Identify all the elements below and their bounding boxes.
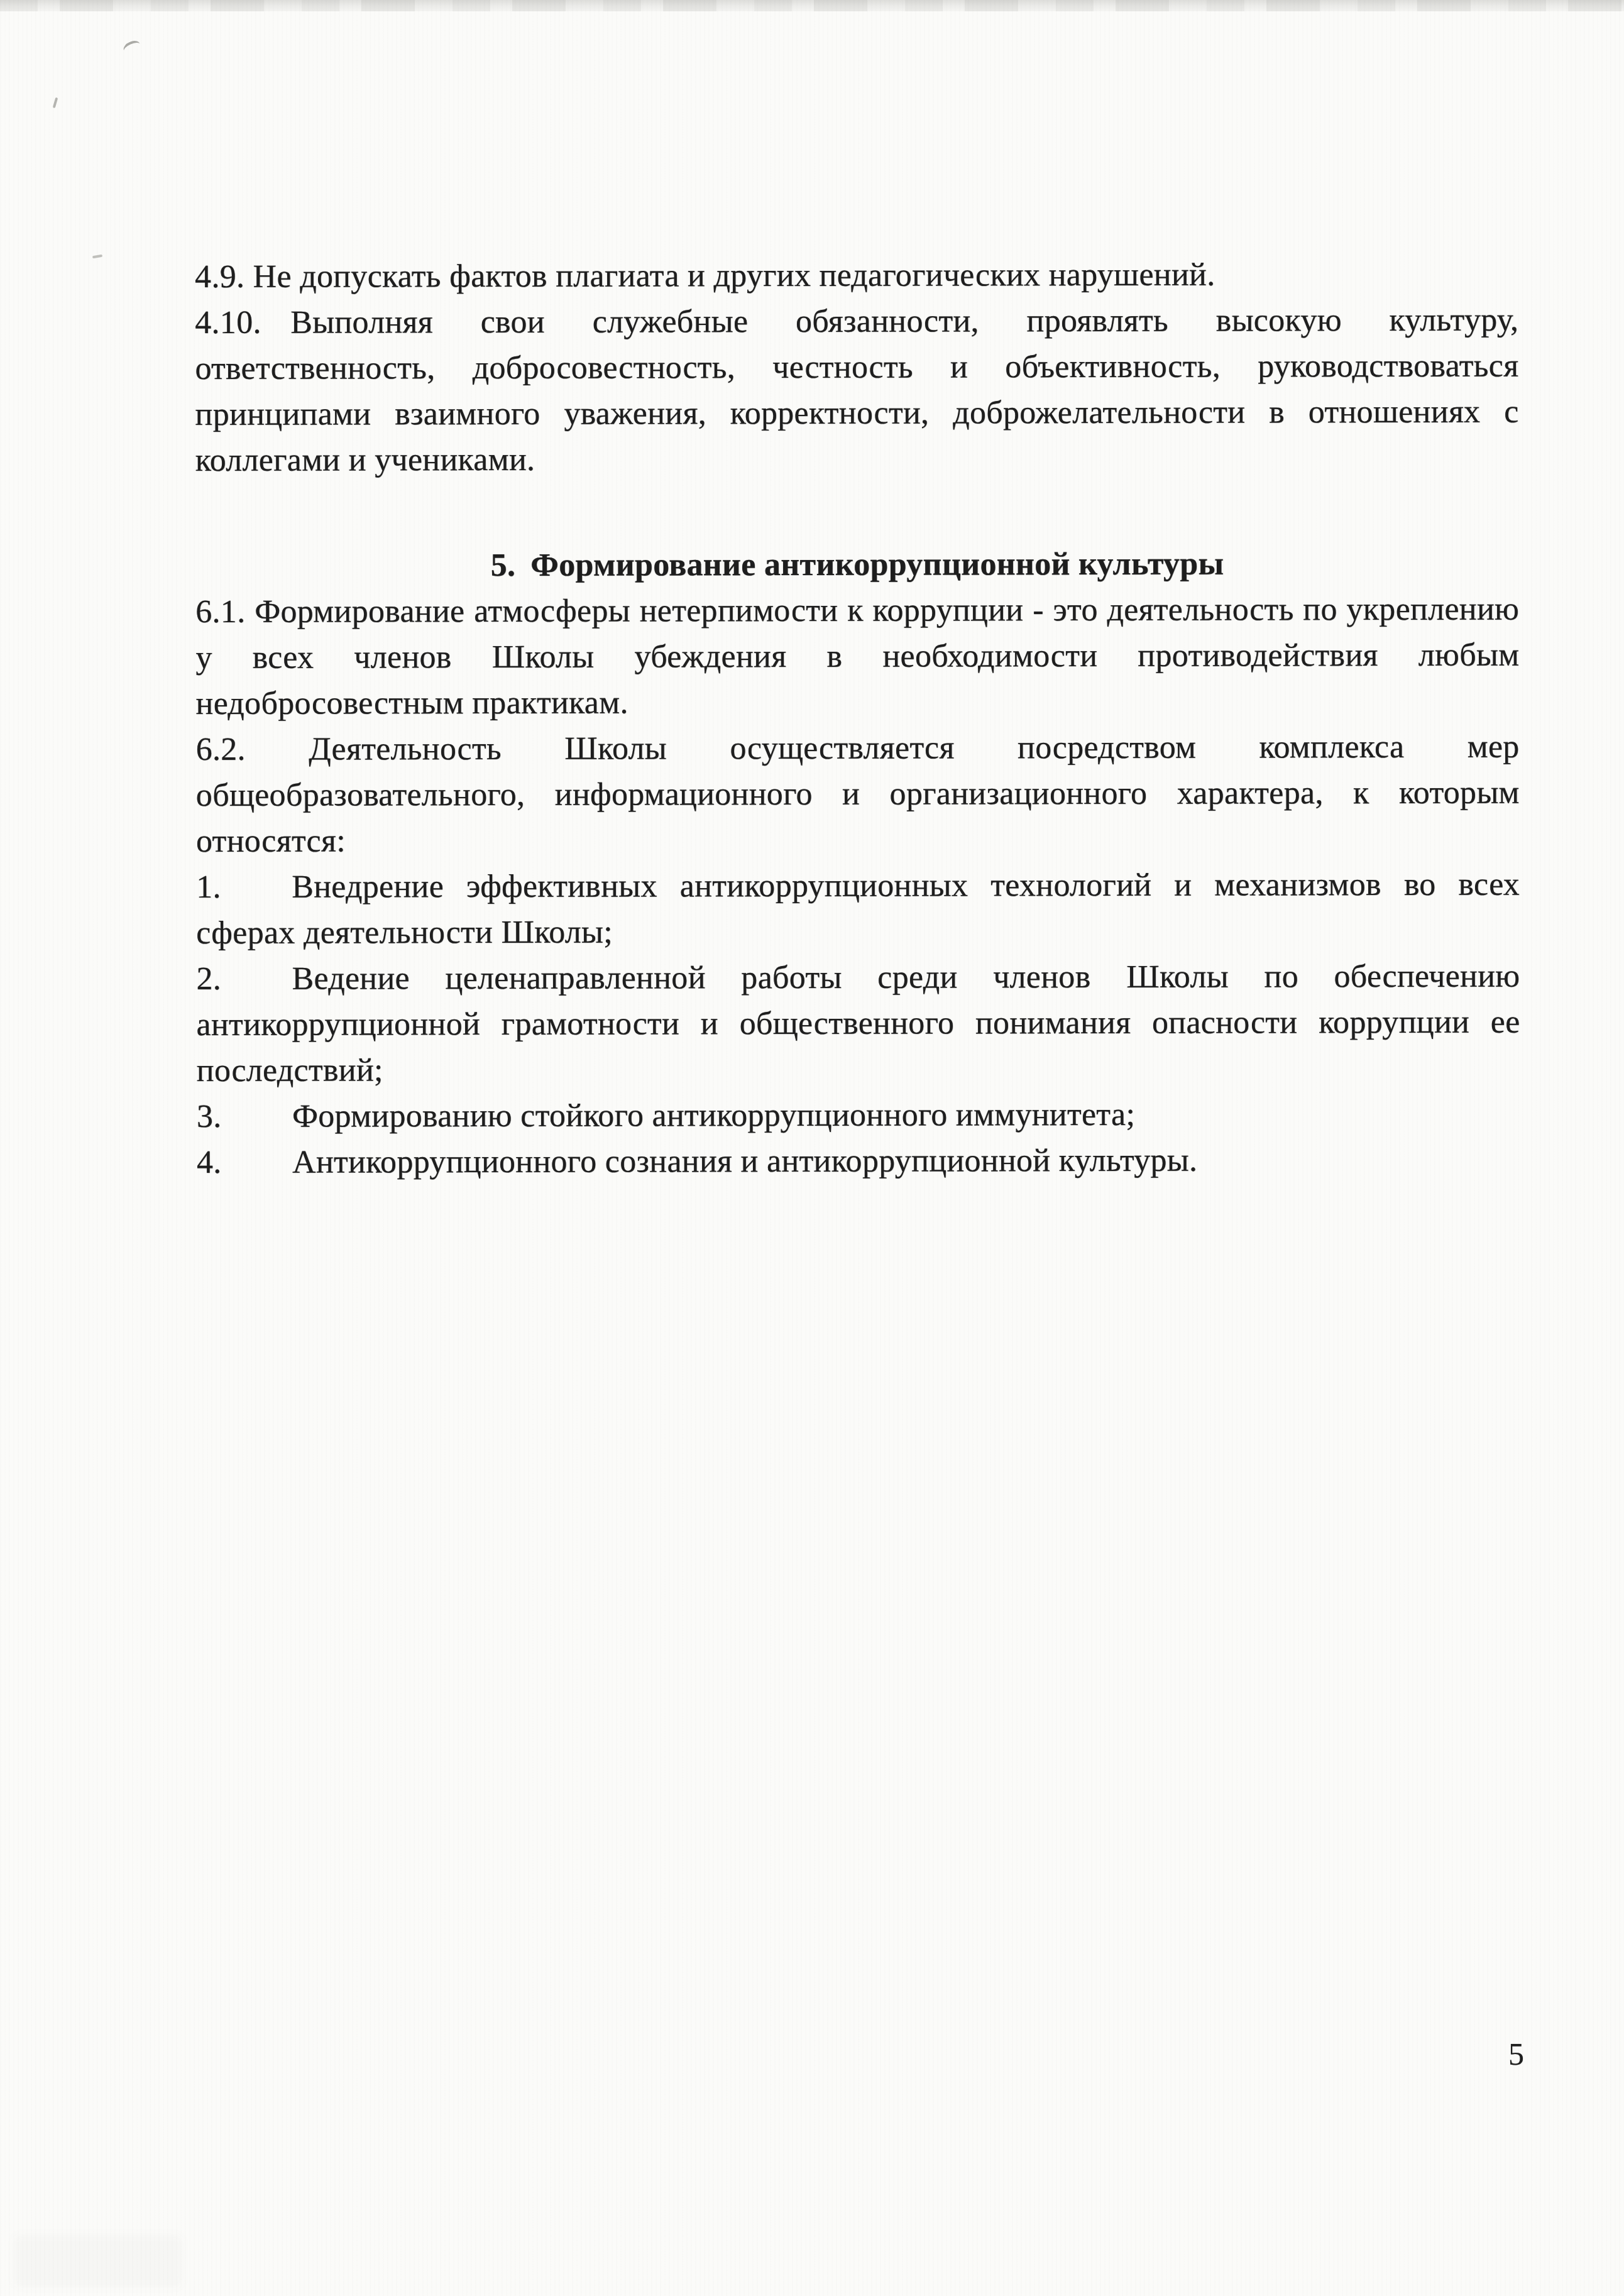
page-number: 5 (1508, 2031, 1559, 2077)
list-item-number: 1. (196, 864, 292, 910)
document-content: 4.9. Не допускать фактов плагиата и друг… (195, 251, 1520, 1185)
list-item-number: 2. (196, 956, 292, 1002)
clause-number: 4.10. (195, 300, 290, 346)
section-title: Формирование антикоррупционной культуры (530, 546, 1224, 583)
list-item-3: 3.Формированию стойкого антикоррупционно… (197, 1091, 1520, 1140)
list-item-2: 2.Ведение целенаправленной работы среди … (196, 953, 1520, 1094)
list-item-text: Ведение целенаправленной работы среди чл… (197, 958, 1520, 1089)
paragraph-4-10: 4.10.Выполняя свои служебные обязанности… (195, 297, 1519, 483)
paragraph-6-2: 6.2. Деятельность Школы осуществляется п… (196, 724, 1520, 864)
pencil-mark (92, 255, 102, 258)
document-page: 4.9. Не допускать фактов плагиата и друг… (0, 0, 1624, 2296)
section-heading: 5.Формирование антикоррупционной культур… (195, 541, 1519, 589)
list-item-1: 1.Внедрение эффективных антикоррупционны… (196, 862, 1520, 956)
scan-edge-artifact (0, 0, 1624, 11)
paragraph-4-9: 4.9. Не допускать фактов плагиата и друг… (195, 251, 1518, 300)
paragraph-6-1: 6.1. Формирование атмосферы нетерпимости… (195, 586, 1519, 727)
clause-text: Выполняя свои служебные обязанности, про… (195, 302, 1518, 478)
pencil-mark (121, 38, 142, 57)
list-item-text: Антикоррупционного сознания и антикорруп… (292, 1143, 1197, 1180)
list-item-text: Внедрение эффективных антикоррупционных … (196, 867, 1520, 951)
section-number: 5. (491, 547, 516, 583)
list-item-text: Формированию стойкого антикоррупционного… (292, 1097, 1135, 1134)
pencil-mark (53, 97, 58, 108)
list-item-4: 4.Антикоррупционного сознания и антикорр… (197, 1137, 1520, 1185)
list-item-number: 4. (197, 1140, 292, 1185)
list-item-number: 3. (197, 1094, 292, 1140)
scan-shadow-artifact (14, 2235, 182, 2287)
